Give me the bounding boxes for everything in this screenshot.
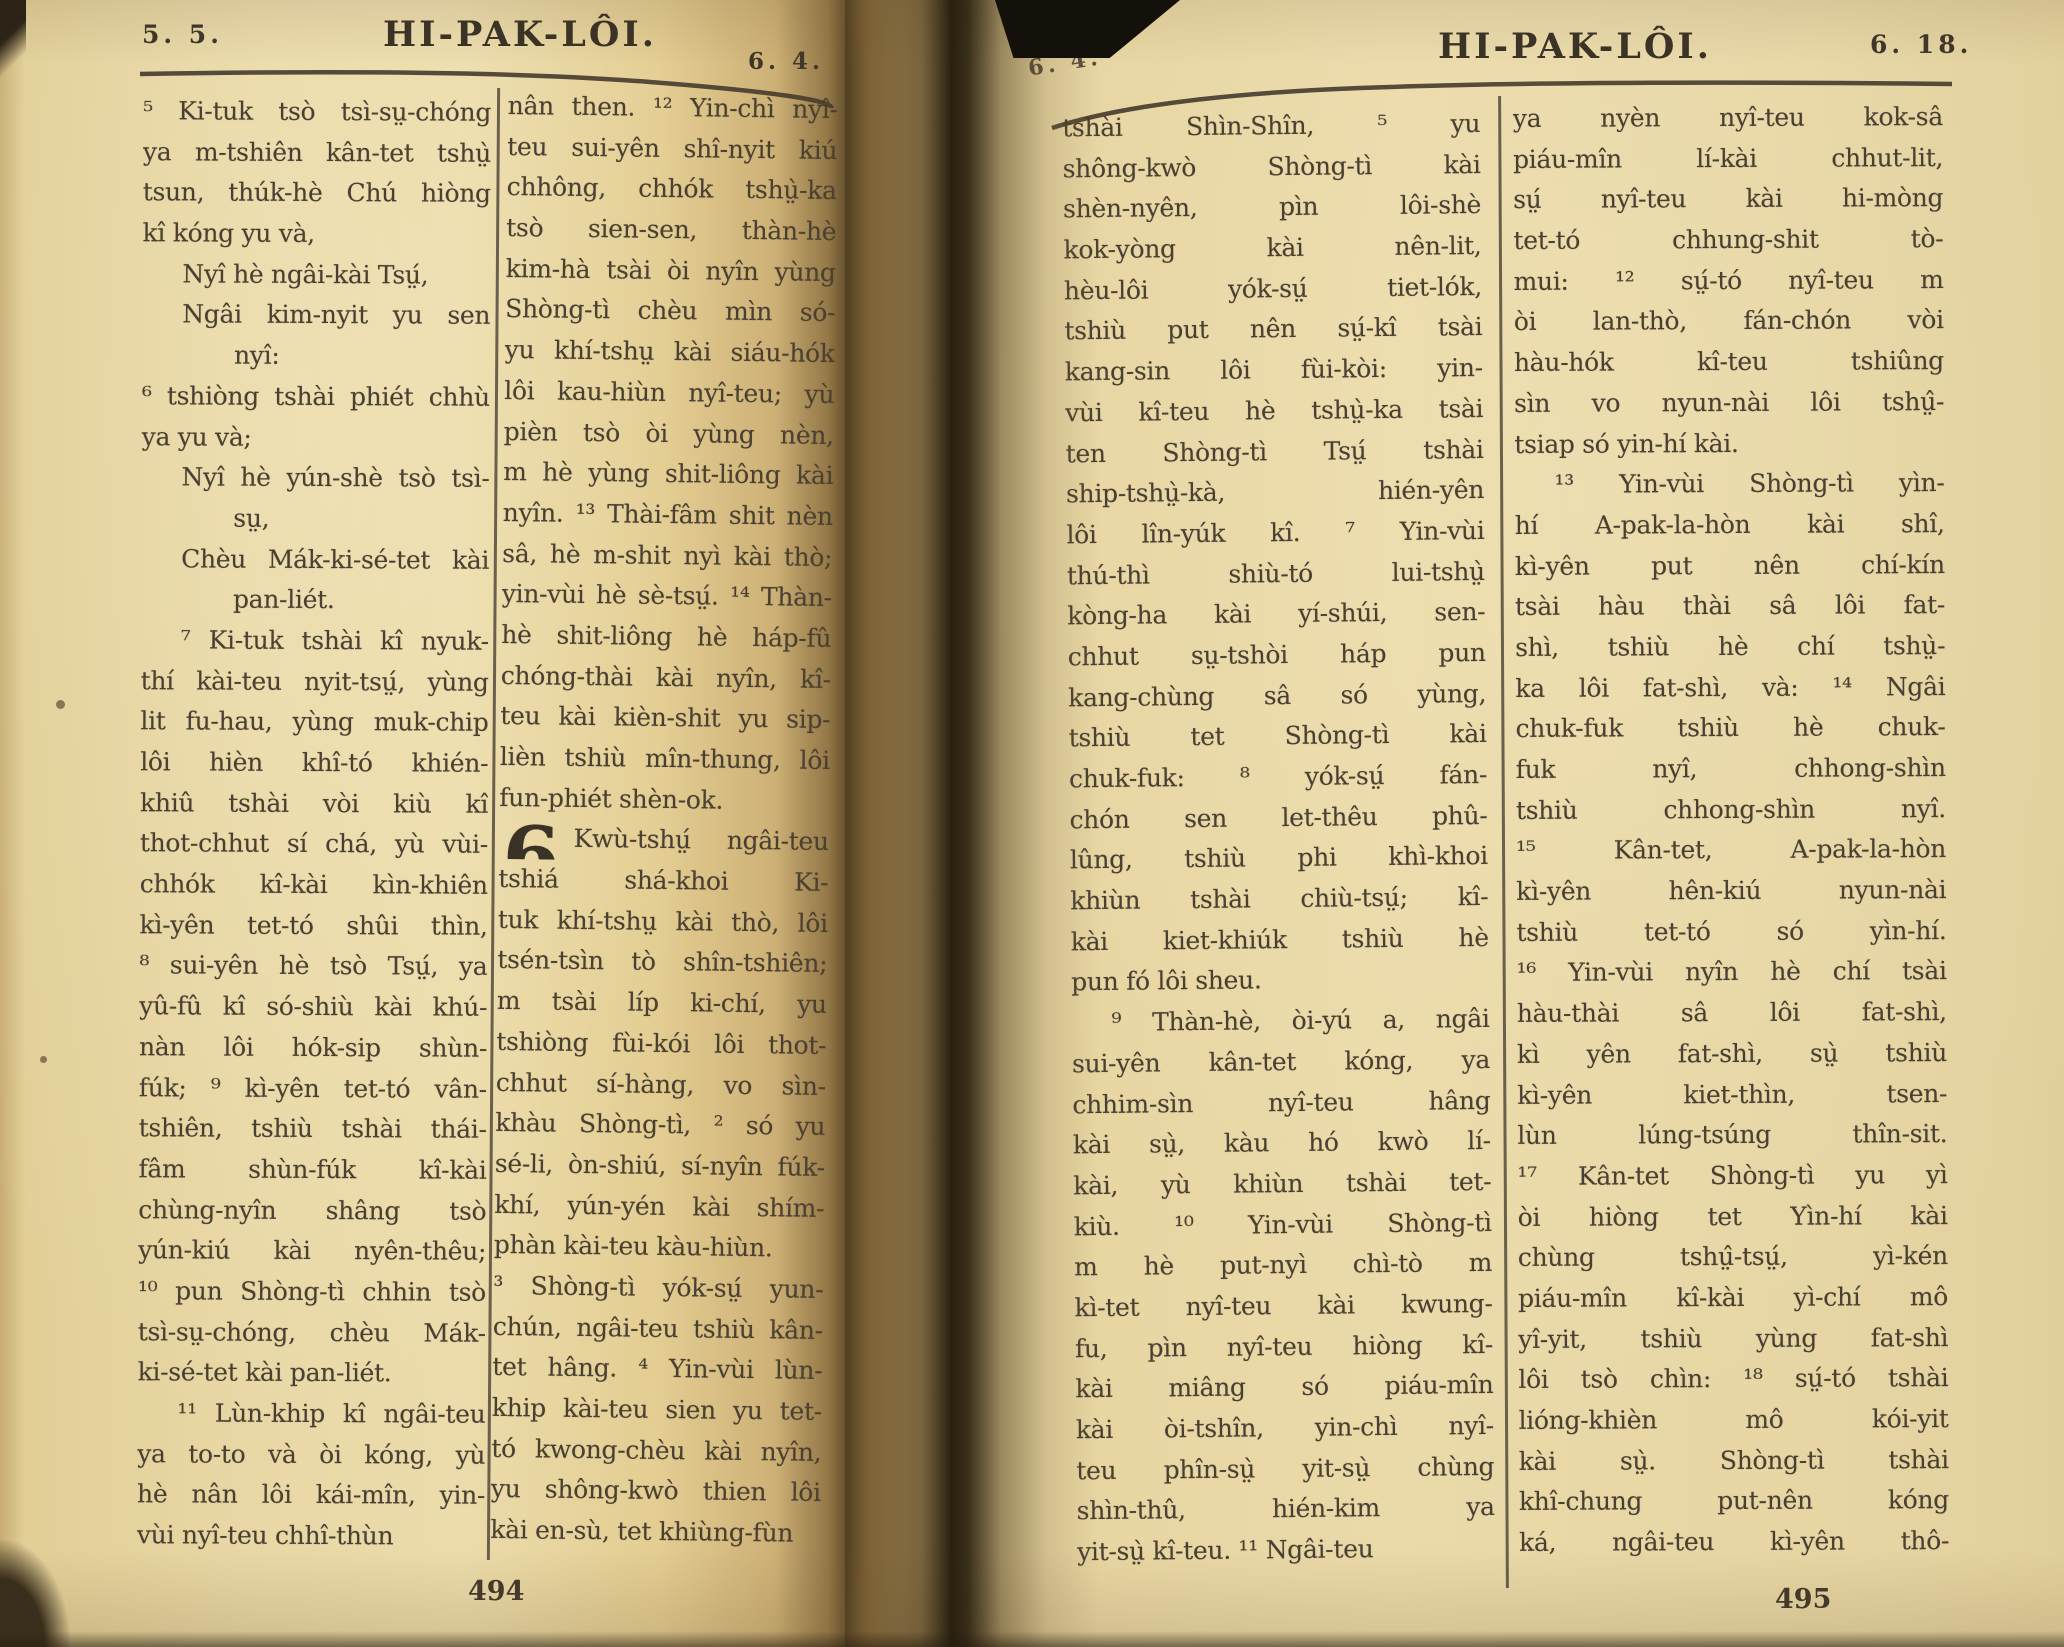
text-line: kì-yên put nên chí-kín <box>1515 545 1945 588</box>
text-line: ya nyèn nyî-teu kok-sâ <box>1513 97 1943 140</box>
text-line: kài en-sù, tet khiùng-fùn <box>490 1510 820 1555</box>
text-line: m hè put-nyì chì-tò m <box>1074 1243 1492 1288</box>
text-line: ten Shòng-tì Tsṳ́ tshài <box>1065 429 1483 474</box>
text-line: Chèu Mák-ki-sé-tet kài <box>141 539 489 581</box>
text-line: tshiên, tshiù tshài thái- <box>139 1108 487 1150</box>
text-line: hè shit-liông hè háp-fû <box>501 615 831 660</box>
text-line: kì-yên tet-tó shûi thìn, <box>139 905 487 947</box>
text-line: ká, ngâi-teu kì-yên thô- <box>1519 1521 1949 1564</box>
text-line: tshiù put nên sṳ́-kî tsài <box>1064 307 1482 352</box>
text-line: tshiù tet-tó só yìn-hí. <box>1516 911 1946 954</box>
text-line: yî-yit, tshiù yùng fat-shì <box>1518 1318 1948 1361</box>
text-line: chún, ngâi-teu tshiù kân- <box>493 1307 823 1352</box>
text-line: kài òi-tshîn, yin-chì nyî- <box>1076 1406 1494 1451</box>
text-line: khî-chung put-nên kóng <box>1519 1480 1949 1523</box>
text-line: lôi lîn-yúk kî. ⁷ Yin-vùi <box>1066 511 1484 556</box>
text-line: fu, pìn nyî-teu hiòng kî- <box>1075 1325 1493 1370</box>
text-line: kài sṳ̀. Shòng-tì tshài <box>1519 1440 1949 1483</box>
text-line: khiû tshài vòi kiù kî <box>140 783 488 825</box>
text-line: ¹⁰ pun Shòng-tì chhin tsò <box>138 1271 486 1313</box>
text-line: lióng-khièn mô kói-yit <box>1518 1399 1948 1442</box>
text-line: yu khí-tshṳ kài siáu-hók <box>505 330 835 375</box>
right-page-column-2: ya nyèn nyî-teu kok-sâpiáu-mîn lí-kài ch… <box>1513 97 1949 1564</box>
text-line: lôi hièn khî-tó khién- <box>140 742 488 784</box>
text-line: vùi kî-teu hè tshṳ̀-ka tsài <box>1065 389 1483 434</box>
text-line: ka lôi fat-shì, và: ¹⁴ Ngâi <box>1515 667 1945 710</box>
text-line: ya m-tshiên kân-tet tshṳ̀ <box>143 132 491 174</box>
text-line: tet-tó chhung-shit tò- <box>1513 219 1943 262</box>
text-line: ⁹ Thàn-hè, òi-yú a, ngâi <box>1071 999 1489 1044</box>
text-line: teu kài kièn-shit yu sip- <box>500 696 830 741</box>
text-line: nyîn. ¹³ Thài-fâm shit nèn <box>503 493 833 538</box>
text-line: ⁵ Ki-tuk tsò tsì-sṳ-chóng <box>143 91 491 133</box>
text-line: tsiap só yin-hí kài. <box>1514 423 1944 466</box>
text-line: tshiòng fùi-kói lôi thot- <box>496 1022 826 1067</box>
right-page-column-divider <box>1498 96 1509 1588</box>
text-line: piáu-mîn lí-kài chhut-lit, <box>1513 138 1943 181</box>
text-line: yin-vùi hè sè-tsṳ́. ¹⁴ Thàn- <box>502 574 832 619</box>
left-page-running-title: HI-PAK-LÔI. <box>383 14 657 55</box>
text-line: thí kài-teu nyit-tsṳ́, yùng <box>141 661 489 703</box>
text-line: ¹⁵ Kân-tet, A-pak-la-hòn <box>1516 829 1946 872</box>
text-line: ya to-to và òi kóng, yù <box>137 1434 485 1476</box>
text-line: yún-kiú kài nyên-thêu; <box>138 1230 486 1272</box>
text-line: kang-sin lôi fùi-kòi: yin- <box>1065 348 1483 393</box>
text-line: kì-yên kiet-thìn, tsen- <box>1517 1074 1947 1117</box>
text-line: kiù. ¹⁰ Yin-vùi Shòng-tì <box>1074 1203 1492 1248</box>
text-line: òi lan-thò, fán-chón vòi <box>1514 301 1944 344</box>
text-line: chón sen let-thêu phû- <box>1069 796 1487 841</box>
text-line: yû-fû kî só-shiù kài khú- <box>139 986 487 1028</box>
right-page-column-1: tshài Shìn-Shîn, ⁵ yushông-kwò Shòng-tì … <box>1062 104 1495 1573</box>
text-line: kì yên fat-shì, sṳ̀ tshiù <box>1517 1033 1947 1076</box>
text-line: kì-yên hên-kiú nyun-nài <box>1516 870 1946 913</box>
text-line: khí, yún-yén kài shím- <box>494 1184 824 1229</box>
text-line: hàu-thài sâ lôi fat-shì, <box>1517 992 1947 1035</box>
text-line: Nyî hè ngâi-kài Tsṳ́, <box>142 254 490 296</box>
text-line: kim-hà tsài òi nyîn yùng <box>506 249 836 294</box>
text-line: chùng tshṳ̂-tsṳ́, yì-kén <box>1518 1236 1948 1279</box>
text-line: lûng, tshiù phi khì-khoi <box>1070 836 1488 881</box>
text-line: chhut sí-hàng, vo sìn- <box>496 1062 826 1107</box>
text-line: phàn kài-teu kàu-hiùn. <box>494 1225 824 1270</box>
text-line: shìn-thû, hién-kim ya <box>1077 1487 1495 1532</box>
text-line: ⁸ sui-yên hè tsò Tsṳ́, ya <box>139 946 487 988</box>
text-line: nân then. ¹² Yin-chì nyî- <box>508 86 838 131</box>
text-line: ¹¹ Lùn-khip kî ngâi-teu <box>137 1393 485 1435</box>
text-line: ship-tshṳ̀-kà, hién-yên <box>1066 470 1484 515</box>
text-line: khàu Shòng-tì, ² só yu <box>495 1103 825 1148</box>
text-line: ya yu và; <box>142 417 490 459</box>
text-line: kài kiet-khiúk tshiù hè <box>1071 918 1489 963</box>
left-page-number: 494 <box>468 1576 524 1607</box>
paper-speck <box>40 1056 47 1063</box>
right-page-number: 495 <box>1775 1584 1831 1615</box>
text-line: teu sui-yên shî-nyit kiú <box>507 127 837 172</box>
text-line: kî kóng yu và, <box>142 213 490 255</box>
text-line: ¹³ Yin-vùi Shòng-tì yìn- <box>1514 463 1944 506</box>
right-page: 6. 4. HI-PAK-LÔI. 6. 18. tshài Shìn-Shîn… <box>845 0 2064 1647</box>
text-line: tshiá shá-khoi Ki- <box>498 859 828 904</box>
text-line: chuk-fuk: ⁸ yók-sṳ́ fán- <box>1069 755 1487 800</box>
text-line: kòng-ha kài yí-shúi, sen- <box>1067 592 1485 637</box>
text-line: kài sṳ̀, kàu hó kwò lí- <box>1073 1121 1491 1166</box>
left-page: 5. 5. HI-PAK-LÔI. 6. 4. ⁵ Ki-tuk tsò tsì… <box>0 0 845 1647</box>
text-line: vùi nyî-teu chhî-thùn <box>137 1515 485 1557</box>
text-line: ¹⁶ Yin-vùi nyîn hè chí tsài <box>1517 951 1947 994</box>
text-line: tsì-sṳ-chóng, chèu Mák- <box>138 1312 486 1354</box>
text-line: hí A-pak-la-hòn kài shî, <box>1515 504 1945 547</box>
right-page-chapter-verse-ref-right: 6. 18. <box>1870 30 1972 59</box>
text-line: ³ Shòng-tì yók-sṳ́ yun- <box>493 1266 823 1311</box>
text-line: chhók kî-kài kìn-khiên <box>140 864 488 906</box>
text-line: sâ, hè m-shit nyì kài thò; <box>502 534 832 579</box>
text-line: shèn-nyên, pìn lôi-shè <box>1063 185 1481 230</box>
text-line: thot-chhut sí chá, yù vùi- <box>140 824 488 866</box>
text-line: teu phîn-sṳ̀ yit-sṳ̀ chùng <box>1076 1447 1494 1492</box>
left-page-chapter-verse-ref-right: 6. 4. <box>748 48 824 75</box>
right-page-running-title: HI-PAK-LÔI. <box>1438 26 1712 67</box>
text-line: chhim-sìn nyî-teu hâng <box>1072 1080 1490 1125</box>
text-line: chhut sṳ-tshòi háp pun <box>1068 633 1486 678</box>
text-line: pièn tsò òi yùng nèn, <box>504 411 834 456</box>
text-line: tsun, thúk-hè Chú hiòng <box>143 173 491 215</box>
text-line: sui-yên kân-tet kóng, ya <box>1072 1040 1490 1085</box>
left-page-chapter-verse-ref: 5. 5. <box>142 20 223 49</box>
text-line: tó kwong-chèu kài nyîn, <box>491 1429 821 1474</box>
text-line: nyî: <box>142 335 490 377</box>
text-line: tsén-tsìn tò shîn-tshiên; <box>497 940 827 985</box>
text-line: tet hâng. ⁴ Yin-vùi lùn- <box>492 1347 822 1392</box>
text-line: tshiù chhong-shìn nyî. <box>1516 789 1946 832</box>
text-line: hèu-lôi yók-sṳ́ tiet-lók, <box>1064 267 1482 312</box>
text-line: yit-sṳ̀ kî-teu. ¹¹ Ngâi-teu <box>1077 1528 1495 1573</box>
text-line: sṳ́ nyî-teu kài hi-mòng <box>1513 178 1943 221</box>
text-line: ¹⁷ Kân-tet Shòng-tì yu yì <box>1517 1155 1947 1198</box>
text-line: kài, yù khiùn tshài tet- <box>1073 1162 1491 1207</box>
text-line: Ngâi kim-nyit yu sen <box>142 295 490 337</box>
text-line: kì-tet nyî-teu kài kwung- <box>1074 1284 1492 1329</box>
text-line: tuk khí-tshṳ kài thò, lôi <box>498 900 828 945</box>
text-line: ki-sé-tet kài pan-liét. <box>138 1353 486 1395</box>
paper-speck <box>56 700 65 709</box>
text-line: khiùn tshài chiù-tsṳ́; kî- <box>1070 877 1488 922</box>
text-line: fâm shùn-fúk kî-kài <box>138 1149 486 1191</box>
text-line: yu shông-kwò thien lôi <box>491 1469 821 1514</box>
scan-corner-top-left <box>0 0 26 86</box>
text-line: fúk; ⁹ kì-yên tet-tó vân- <box>139 1068 487 1110</box>
text-line: m tsài líp ki-chí, yu <box>497 981 827 1026</box>
text-line: kài miâng só piáu-mîn <box>1075 1365 1493 1410</box>
text-line: shông-kwò Shòng-tì kài <box>1062 145 1480 190</box>
text-line: mui: ¹² sṳ́-tó nyî-teu m <box>1514 260 1944 303</box>
text-line: hè nân lôi kái-mîn, yin- <box>137 1475 485 1517</box>
page-bottom-edge-shadow <box>0 1631 2064 1647</box>
text-line: sṳ, <box>141 498 489 540</box>
text-line: fun-phiét shèn-ok. <box>499 778 829 823</box>
text-line: sìn vo nyun-nài lôi tshṳ̂- <box>1514 382 1944 425</box>
text-line: khip kài-teu sien yu tet- <box>492 1388 822 1433</box>
text-line: ⁷ Ki-tuk tshài kî nyuk- <box>141 620 489 662</box>
text-line: chóng-thài kài nyîn, kî- <box>501 656 831 701</box>
text-line: lôi tsò chìn: ¹⁸ sṳ́-tó tshài <box>1518 1358 1948 1401</box>
left-page-column-1: ⁵ Ki-tuk tsò tsì-sṳ-chóngya m-tshiên kân… <box>137 91 491 1557</box>
chapter-drop-cap: 6 <box>502 821 560 863</box>
left-page-column-2: nân then. ¹² Yin-chì nyî-teu sui-yên shî… <box>490 86 838 1555</box>
text-line: tshài Shìn-Shîn, ⁵ yu <box>1062 104 1480 149</box>
text-line: kok-yòng kài nên-lit, <box>1063 226 1481 271</box>
text-line: sé-li, òn-shiú, sí-nyîn fúk- <box>495 1144 825 1189</box>
text-line: tsài hàu thài sâ lôi fat- <box>1515 585 1945 628</box>
text-line: shì, tshiù hè chí tshṳ̀- <box>1515 626 1945 669</box>
text-line: hàu-hók kî-teu tshiûng <box>1514 341 1944 384</box>
text-line: Shòng-tì chèu mìn só- <box>505 289 835 334</box>
text-line: lùn lúng-tsúng thîn-sit. <box>1517 1114 1947 1157</box>
book-scan-spread: 5. 5. HI-PAK-LÔI. 6. 4. ⁵ Ki-tuk tsò tsì… <box>0 0 2064 1647</box>
text-line: tsò sien-sen, thàn-hè <box>506 208 836 253</box>
text-line: pun fó lôi sheu. <box>1071 958 1489 1003</box>
text-line: thú-thì shiù-tó lui-tshṳ̀ <box>1067 552 1485 597</box>
text-line: m hè yùng shit-liông kài <box>503 452 833 497</box>
text-line: ⁶ tshiòng tshài phiét chhù <box>142 376 490 418</box>
text-line: piáu-mîn kî-kài yì-chí mô <box>1518 1277 1948 1320</box>
text-line: pan-liét. <box>141 579 489 621</box>
text-line: 6Kwù-tshṳ́ ngâi-teu <box>499 818 829 863</box>
text-line: chùng-nyîn shâng tsò <box>138 1190 486 1232</box>
text-line: tshiù tet Shòng-tì kài <box>1068 714 1486 759</box>
text-line: lièn tshiù mîn-thung, lôi <box>500 737 830 782</box>
text-line: òi hiòng tet Yìn-hí kài <box>1518 1196 1948 1239</box>
text-line: lit fu-hau, yùng muk-chip <box>140 702 488 744</box>
text-line: chhông, chhók tshṳ̀-ka <box>507 167 837 212</box>
text-line: chuk-fuk tshiù hè chuk- <box>1515 707 1945 750</box>
text-line: lôi kau-hiùn nyî-teu; yù <box>504 371 834 416</box>
text-line: fuk nyî, chhong-shìn <box>1516 748 1946 791</box>
text-line: nàn lôi hók-sip shùn- <box>139 1027 487 1069</box>
text-line: kang-chùng sâ só yùng, <box>1068 674 1486 719</box>
text-line: Nyî hè yún-shè tsò tsì- <box>141 457 489 499</box>
